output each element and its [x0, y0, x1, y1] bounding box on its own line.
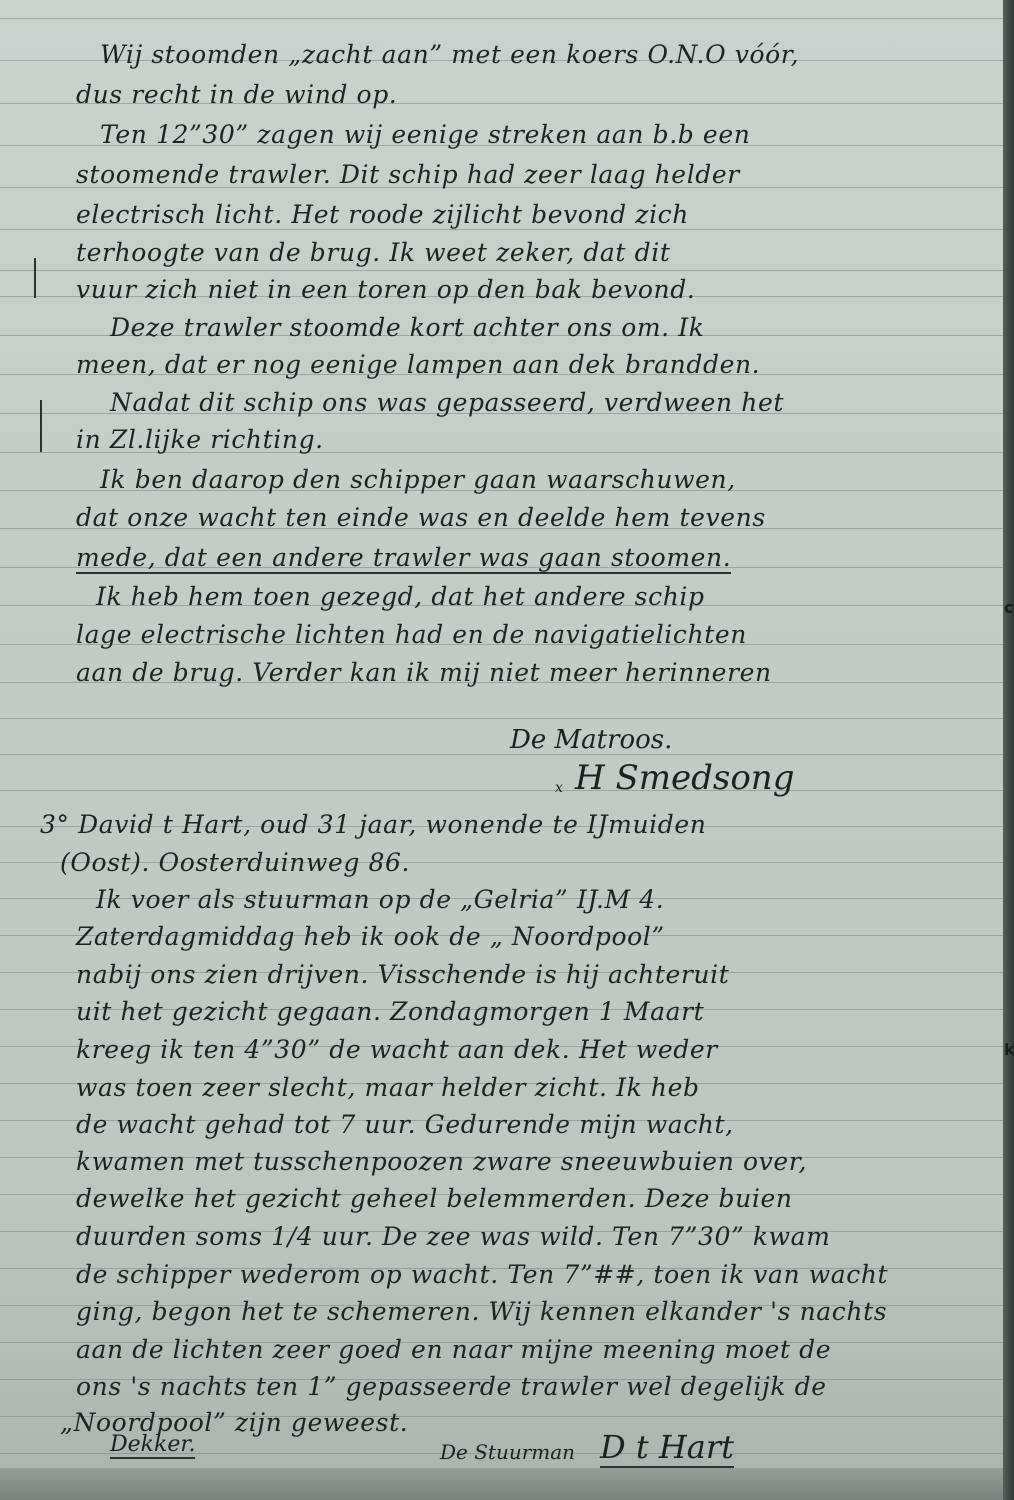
text-line: vuur zich niet in een toren op den bak b…: [76, 275, 695, 304]
ruled-line: [0, 270, 1003, 271]
ruled-line: [0, 790, 1003, 791]
ruled-line: [0, 718, 1003, 719]
text-line: kreeg ik ten 4”30” de wacht aan dek. Het…: [76, 1035, 718, 1064]
ruled-line: [0, 18, 1003, 19]
text-line: terhoogte van de brug. Ik weet zeker, da…: [76, 238, 670, 267]
text-line: Ten 12”30” zagen wij eenige streken aan …: [100, 120, 750, 149]
text-line: nabij ons zien drijven. Visschende is hi…: [76, 960, 729, 989]
text-line: Ik heb hem toen gezegd, dat het andere s…: [96, 582, 705, 611]
adjacent-page-glyph: k: [1004, 1040, 1014, 1059]
signature-name: D t Hart: [600, 1428, 734, 1468]
text-line: stoomende trawler. Dit schip had zeer la…: [76, 160, 740, 189]
text-line: in Zl.lijke richting.: [76, 425, 324, 454]
ruled-line: [0, 754, 1003, 755]
page-fold-shadow: [0, 1468, 1003, 1500]
text-line: duurden soms 1/4 uur. De zee was wild. T…: [76, 1222, 830, 1251]
text-line: Zaterdagmiddag heb ik ook de „ Noordpool…: [76, 922, 665, 951]
text-line: kwamen met tusschenpoozen zware sneeuwbu…: [76, 1147, 807, 1176]
signature-title: De Stuurman: [440, 1440, 575, 1464]
text-line: electrisch licht. Het roode zijlicht bev…: [76, 200, 689, 229]
signature-mark: x: [555, 780, 563, 796]
text-line: aan de lichten zeer goed en naar mijne m…: [76, 1335, 831, 1364]
text-line: ging, begon het te schemeren. Wij kennen…: [76, 1297, 887, 1326]
document-page: Wij stoomden „zacht aan” met een koers O…: [0, 0, 1003, 1500]
margin-mark: [40, 400, 42, 452]
text-line: dewelke het gezicht geheel belemmerden. …: [76, 1184, 793, 1213]
text-line: meen, dat er nog eenige lampen aan dek b…: [76, 350, 760, 379]
adjacent-page-glyph: c: [1004, 598, 1013, 617]
text-line: Deze trawler stoomde kort achter ons om.…: [110, 313, 704, 342]
text-line: Ik voer als stuurman op de „Gelria” IJ.M…: [96, 885, 664, 914]
text-line: ons 's nachts ten 1” gepasseerde trawler…: [76, 1372, 827, 1401]
text-line: Nadat dit schip ons was gepasseerd, verd…: [110, 388, 784, 417]
text-line: uit het gezicht gegaan. Zondagmorgen 1 M…: [76, 997, 704, 1026]
ruled-line: [0, 229, 1003, 230]
signature-name: H Smedsong: [575, 758, 794, 798]
text-line: Ik ben daarop den schipper gaan waarschu…: [100, 465, 736, 494]
text-line: aan de brug. Verder kan ik mij niet meer…: [76, 658, 772, 687]
initials-dekker: Dekker.: [110, 1432, 195, 1459]
text-line: (Oost). Oosterduinweg 86.: [60, 848, 410, 877]
text-line: lage electrische lichten had en de navig…: [76, 620, 747, 649]
adjacent-page-edge: [1003, 0, 1014, 1500]
text-line: dat onze wacht ten einde was en deelde h…: [76, 503, 766, 532]
signature-title: De Matroos.: [510, 725, 672, 755]
text-line: dus recht in de wind op.: [76, 80, 397, 109]
text-line: Wij stoomden „zacht aan” met een koers O…: [100, 40, 799, 69]
margin-mark: [34, 258, 36, 298]
text-line: was toen zeer slecht, maar helder zicht.…: [76, 1073, 700, 1102]
text-line: mede, dat een andere trawler was gaan st…: [76, 543, 731, 574]
text-line: 3° David t Hart, oud 31 jaar, wonende te…: [40, 810, 706, 839]
text-line: de schipper wederom op wacht. Ten 7”##, …: [76, 1260, 888, 1289]
text-line: de wacht gehad tot 7 uur. Gedurende mijn…: [76, 1110, 734, 1139]
